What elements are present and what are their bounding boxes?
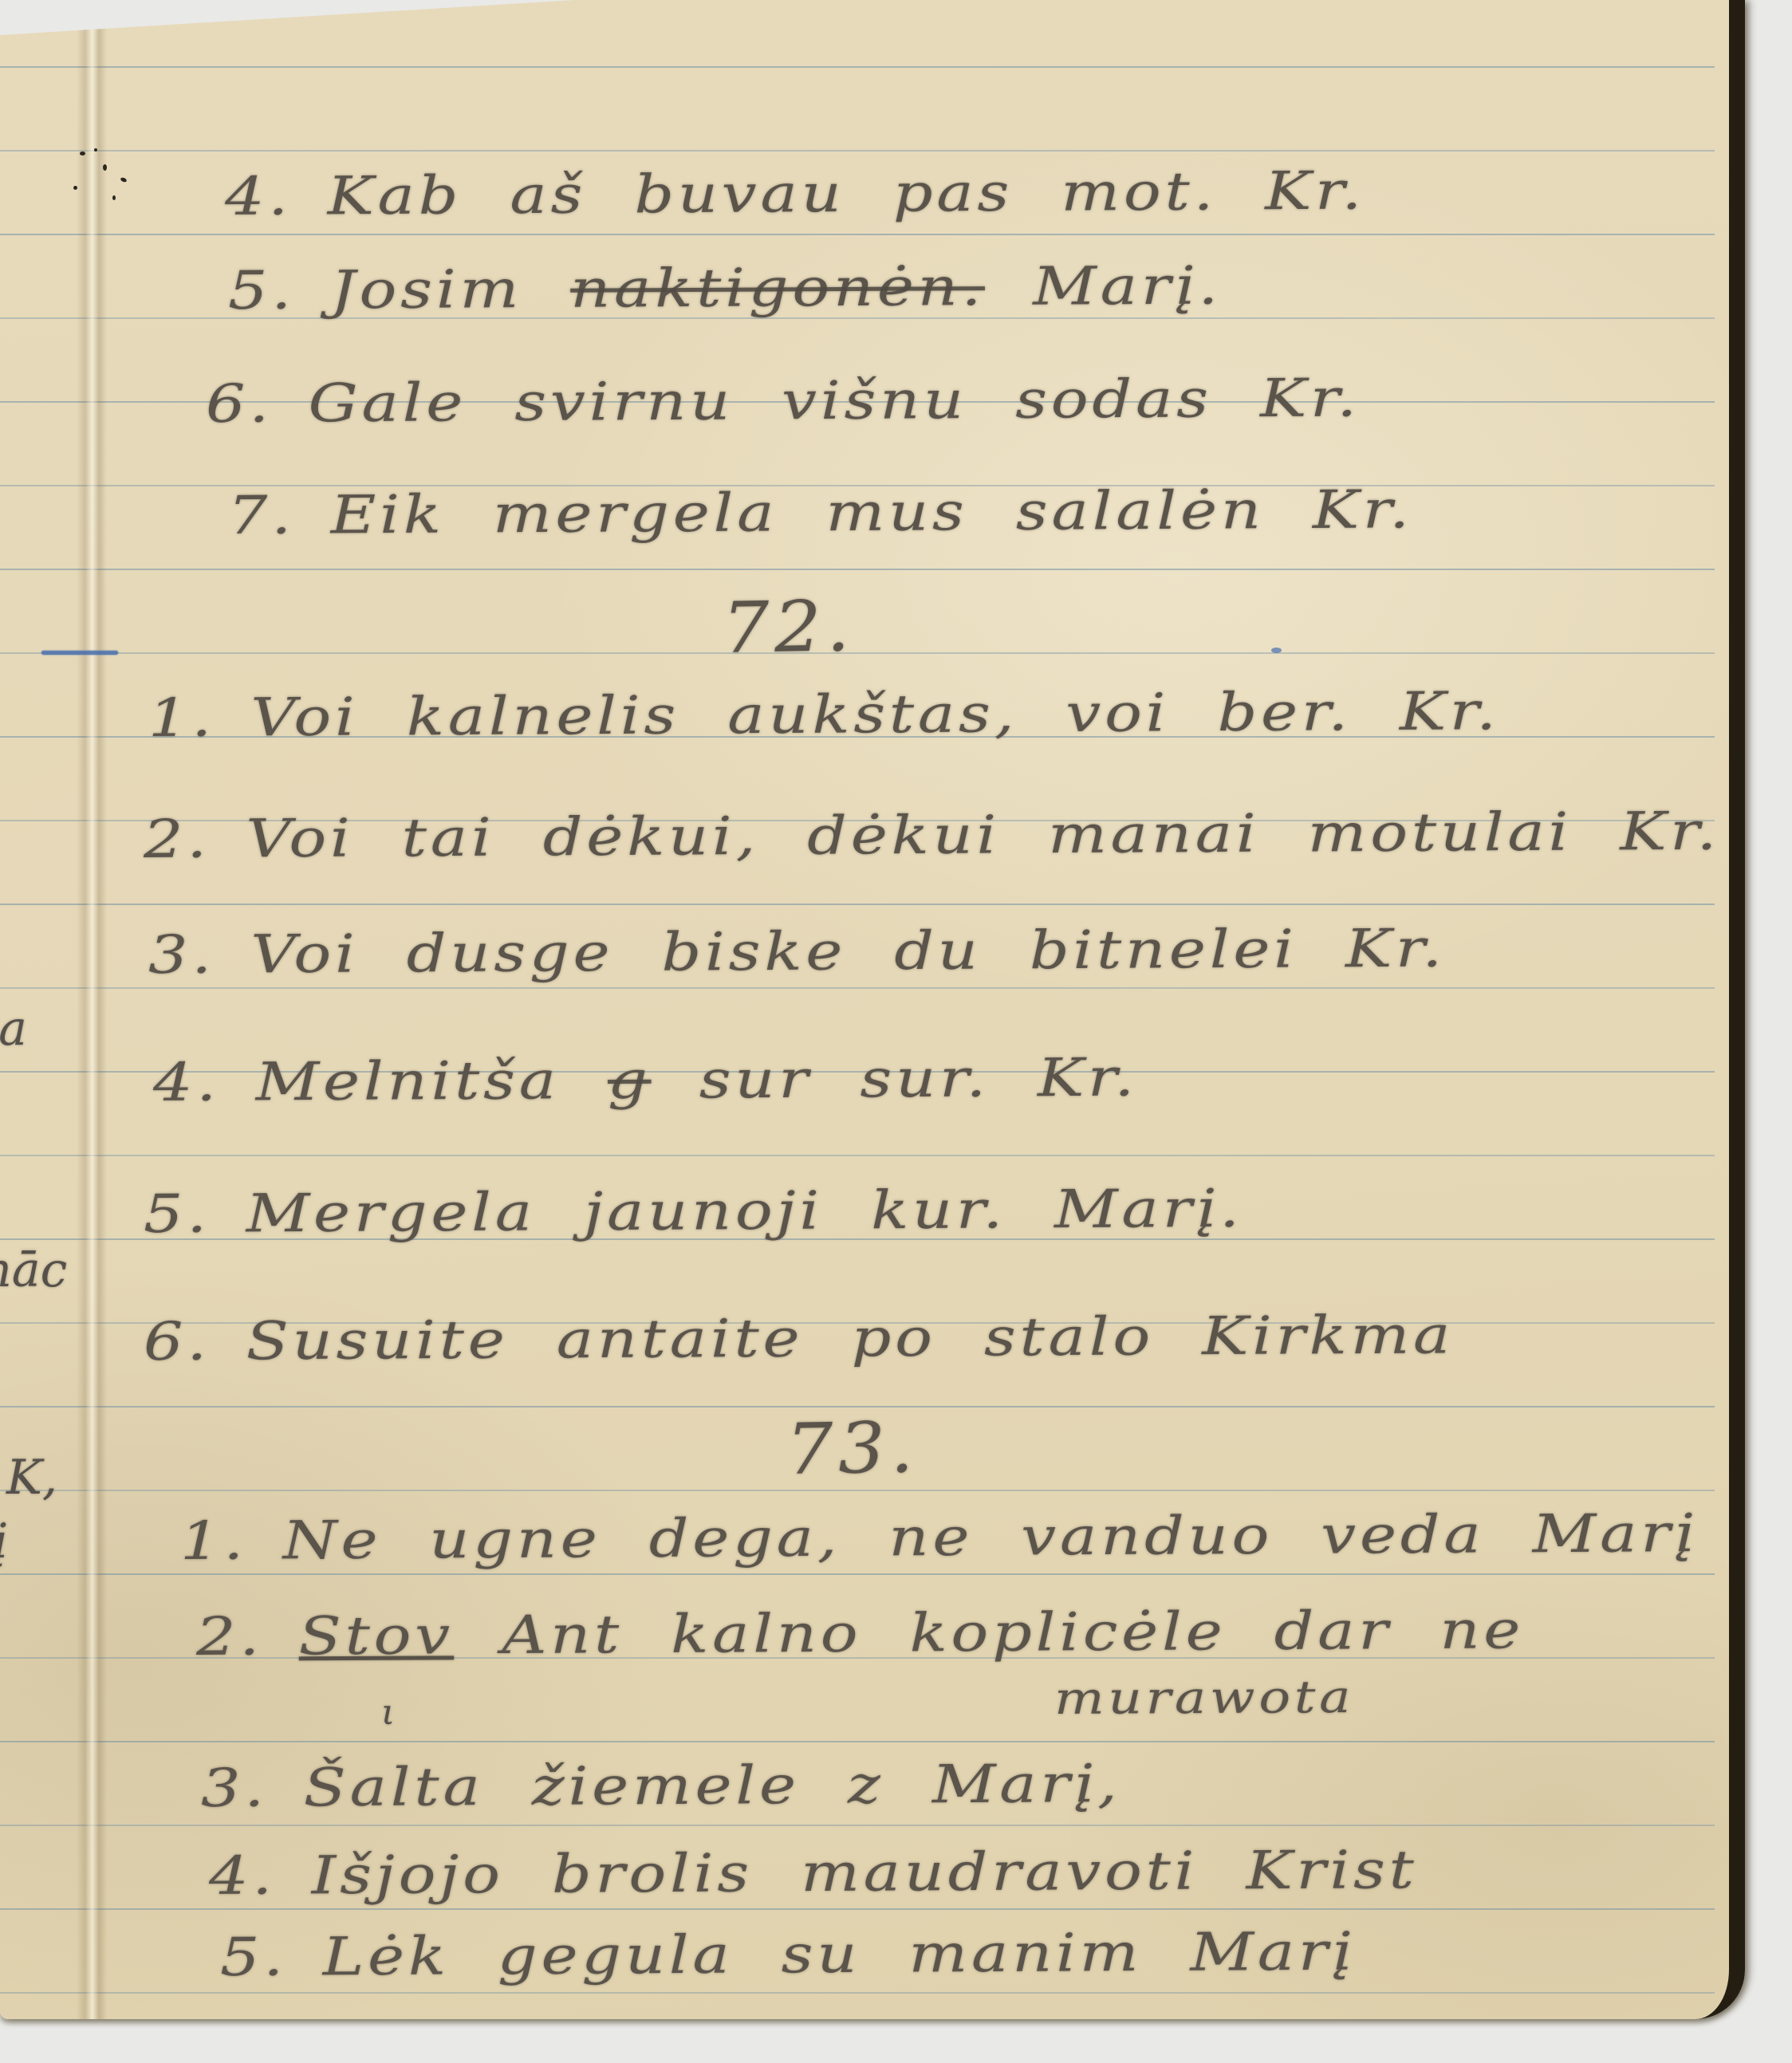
song-entry: 4.Kab aš buvau pas mot. Kr. (225, 163, 1365, 225)
song-entry: 6.Gale svirnu višnu sodas Kr. (206, 371, 1361, 432)
ruled-line (0, 569, 1715, 570)
ruled-line (0, 66, 1715, 68)
song-entry: 5.Josim naktigonėn. Marį. (228, 258, 1222, 319)
ink-speck (120, 177, 127, 183)
ruled-line (0, 1573, 1715, 1575)
entry-text: Išjojo brolis maudravoti Krist (311, 1839, 1418, 1906)
struck-word: naktigonėn. (570, 256, 985, 320)
blue-ink-dot (1271, 648, 1282, 653)
entry-text: Voi kalnelis aukštas, voi ber. Kr. (250, 680, 1500, 748)
song-entry: 4.Išjojo brolis maudravoti Krist (209, 1842, 1418, 1904)
ruled-line (0, 1155, 1715, 1156)
entry-number: 5. (220, 1927, 287, 1988)
entry-number: 1. (148, 687, 215, 749)
entry-number: 2. (196, 1606, 263, 1667)
song-entry: 1.Voi kalnelis aukštas, voi ber. Kr. (148, 683, 1500, 746)
section-number-72: 72. (722, 589, 856, 665)
entry-text: Gale svirnu višnu sodas Kr. (308, 368, 1361, 435)
entry-number: 7. (228, 485, 295, 546)
song-entry: 3.Šalta žiemele z Marį, (201, 1756, 1121, 1816)
entry-text: Josim (330, 258, 570, 321)
entry-text: Melnitša (255, 1049, 608, 1112)
entry-text: Eik mergela mus salalėn Kr. (330, 478, 1413, 545)
entry-text: Lėk gegula su manim Marį (322, 1921, 1355, 1988)
entry-text: Susuite antaite po stalo Kirkma (246, 1304, 1454, 1372)
song-entry: 2.Voi tai dėkui, dėkui manai motulai Kr. (144, 804, 1721, 868)
entry-text: Šalta žiemele z Marį, (303, 1753, 1120, 1818)
entry-number: 6. (144, 1311, 211, 1372)
paper-sheet: 4.Kab aš buvau pas mot. Kr. 5.Josim nakt… (0, 0, 1745, 2019)
ink-speck (94, 148, 97, 152)
ruled-line (0, 987, 1715, 989)
stray-mark: ι (381, 1692, 395, 1733)
entry-text: sur sur. Kr. (651, 1047, 1138, 1111)
section-number-73: 73. (786, 1411, 920, 1486)
song-entry: 1.Ne ugne dega, ne vanduo veda Marį (180, 1506, 1698, 1569)
song-entry: 6.Susuite antaite po stalo Kirkma (144, 1307, 1455, 1369)
entry-number: 2. (144, 809, 211, 870)
entry-number: 4. (209, 1845, 276, 1907)
blue-ink-mark (41, 651, 118, 655)
ruled-line (0, 904, 1715, 905)
entry-text: Marį. (985, 255, 1222, 318)
entry-number: 6. (206, 373, 273, 435)
ruled-line (0, 150, 1715, 152)
margin-fragment: į (0, 1514, 7, 1569)
entry-text: Ne ugne dega, ne vanduo veda Marį (282, 1502, 1698, 1571)
binding-crease (77, 0, 107, 2019)
entry-number: 4. (153, 1052, 220, 1113)
entry-number: 1. (180, 1510, 247, 1572)
ruled-line (0, 1490, 1715, 1491)
entry-text: Voi tai dėkui, dėkui manai motulai Kr. (246, 801, 1720, 870)
ink-speck (103, 164, 107, 171)
entry-number: 3. (201, 1758, 268, 1819)
entry-text: Voi dusge biske du bitnelei Kr. (250, 918, 1446, 986)
entry-text: Kab aš buvau pas mot. Kr. (327, 160, 1365, 227)
ink-speck (73, 186, 77, 190)
underlined-word: Stov (298, 1604, 454, 1667)
song-entry: 5.Mergela jaunoji kur. Marį. (144, 1181, 1243, 1242)
entry-number: 3. (148, 924, 215, 986)
song-entry: 3.Voi dusge biske du bitnelei Kr. (148, 921, 1446, 983)
song-entry: 5.Lėk gegula su manim Marį (220, 1924, 1356, 1986)
song-entry: 7.Eik mergela mus salalėn Kr. (228, 482, 1413, 543)
entry-continuation: murawota (1054, 1675, 1355, 1723)
ruled-line (0, 1992, 1715, 1994)
margin-fragment: ta (0, 1001, 27, 1057)
ink-speck (80, 152, 85, 156)
ruled-line (0, 1741, 1715, 1742)
ruled-line (0, 1908, 1715, 1910)
scanned-notebook-page: { "document": { "kind": "handwritten not… (0, 0, 1792, 2063)
entry-number: 5. (228, 260, 295, 321)
margin-fragment: māc (0, 1242, 67, 1298)
entry-number: 5. (144, 1183, 211, 1245)
song-entry: 2.Stov Ant kalno koplicėle dar ne (196, 1602, 1525, 1664)
ruled-line (0, 234, 1715, 235)
song-entry: 4.Melnitša g sur sur. Kr. (153, 1050, 1138, 1111)
ruled-line (0, 652, 1715, 654)
ink-speck (112, 195, 116, 200)
entry-text: Ant kalno koplicėle dar ne (454, 1599, 1525, 1666)
margin-fragment: K, (6, 1450, 57, 1506)
entry-text: Mergela jaunoji kur. Marį. (246, 1178, 1243, 1244)
struck-letter: g (608, 1049, 652, 1111)
ruled-line (0, 1825, 1715, 1826)
entry-number: 4. (225, 166, 292, 227)
